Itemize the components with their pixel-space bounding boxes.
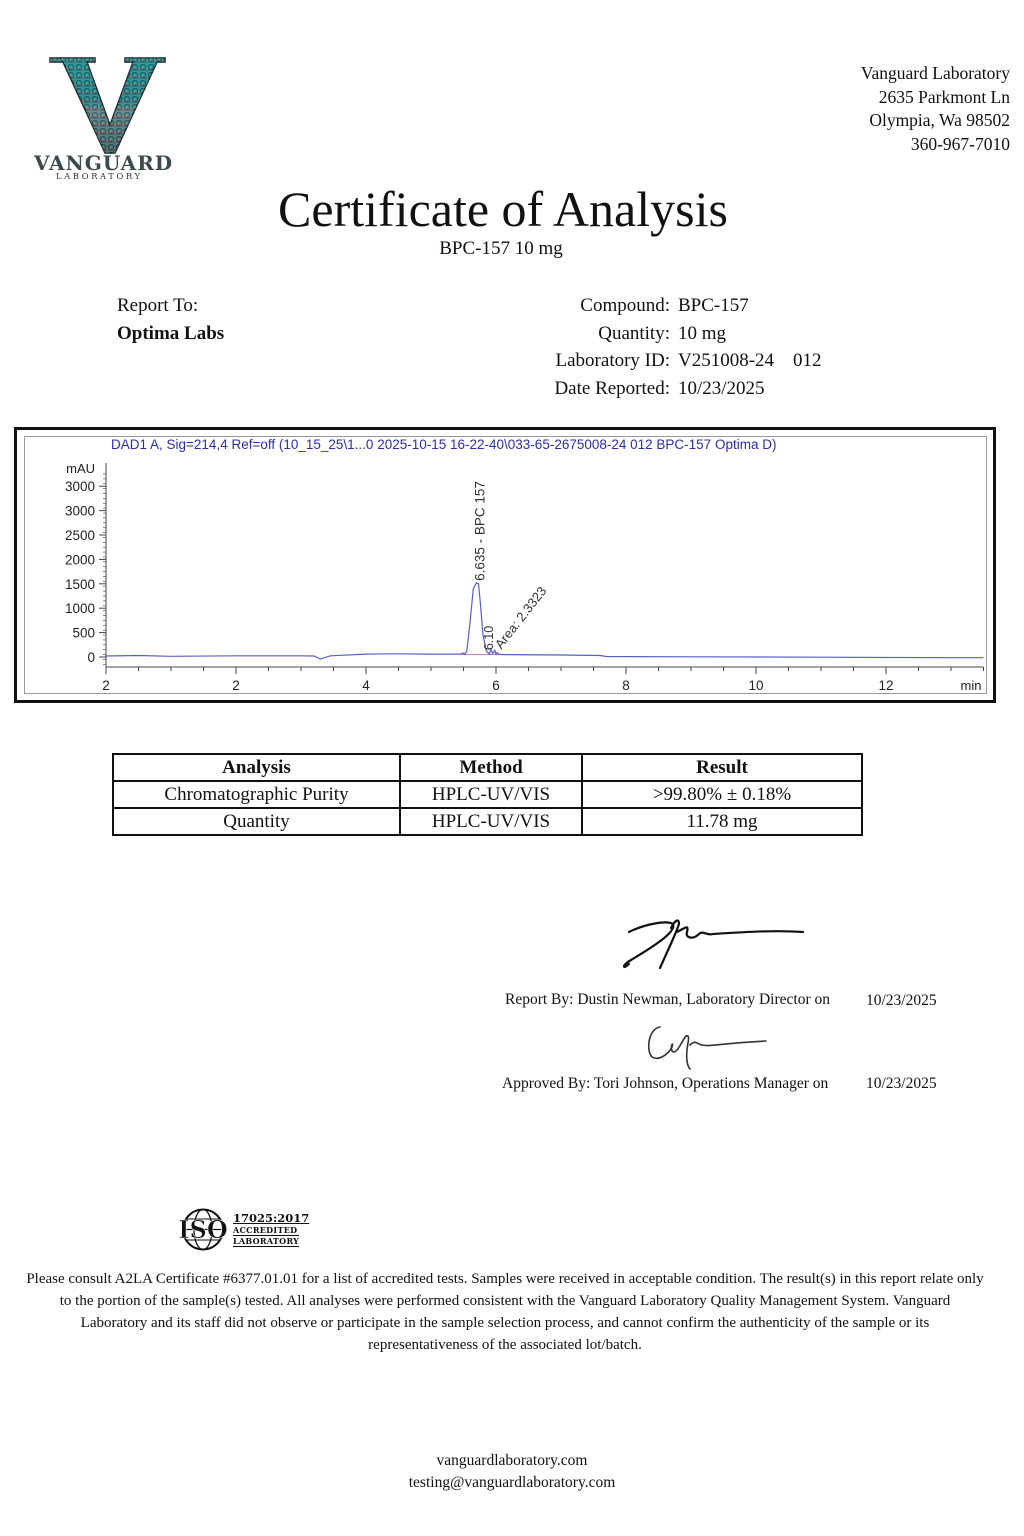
iso-line1: ACCREDITED [233,1225,299,1236]
iso-line2: LABORATORY [233,1236,299,1247]
svg-text:8: 8 [622,678,630,693]
signature-dustin-newman [615,910,815,980]
table-row: Quantity HPLC-UV/VIS 11.78 mg [113,808,862,835]
footer-email-link[interactable]: testing@vanguardlaboratory.com [0,1472,1024,1494]
iso-text: ISO [178,1215,227,1244]
approved-by-text: Approved By: Tori Johnson, Operations Ma… [502,1075,828,1093]
approved-by-date: 10/23/2025 [866,1075,937,1093]
cell-analysis: Quantity [113,808,400,835]
signature-tori-johnson [640,1015,780,1075]
svg-text:3000: 3000 [65,504,95,519]
svg-text:2000: 2000 [65,552,95,567]
header-analysis: Analysis [113,754,400,781]
svg-text:mAU: mAU [66,461,95,476]
svg-text:Area: 2.3323: Area: 2.3323 [492,584,550,652]
svg-text:12: 12 [878,678,893,693]
svg-text:2: 2 [232,678,240,693]
table-row: Chromatographic Purity HPLC-UV/VIS >99.8… [113,781,862,808]
results-table: Analysis Method Result Chromatographic P… [112,753,863,836]
svg-text:6.10: 6.10 [482,626,496,650]
svg-text:3000: 3000 [65,479,95,494]
chromatogram-plot: 0500100015002000250030003000mAU224681012… [0,0,1024,720]
svg-text:min: min [961,678,982,693]
svg-text:2: 2 [102,678,110,693]
svg-text:4: 4 [362,678,370,693]
iso-globe-icon: ISO [175,1207,231,1252]
cell-method: HPLC-UV/VIS [400,781,582,808]
iso-accreditation-badge: ISO 17025:2017 ACCREDITED LABORATORY [175,1207,315,1252]
table-header-row: Analysis Method Result [113,754,862,781]
svg-text:0: 0 [87,650,95,665]
svg-text:10: 10 [748,678,763,693]
iso-standard: 17025:2017 [233,1211,309,1225]
cell-result: >99.80% ± 0.18% [582,781,862,808]
svg-text:500: 500 [72,626,95,641]
header-method: Method [400,754,582,781]
cell-method: HPLC-UV/VIS [400,808,582,835]
svg-text:6: 6 [492,678,500,693]
footer: vanguardlaboratory.com testing@vanguardl… [0,1450,1024,1494]
cell-result: 11.78 mg [582,808,862,835]
header-result: Result [582,754,862,781]
svg-text:1000: 1000 [65,601,95,616]
svg-text:2500: 2500 [65,528,95,543]
chromatogram-title: DAD1 A, Sig=214,4 Ref=off (10_15_25\1...… [111,437,776,452]
cell-analysis: Chromatographic Purity [113,781,400,808]
iso-accredited-label: ACCREDITED LABORATORY [233,1225,299,1247]
report-by-date: 10/23/2025 [866,992,937,1010]
footer-website-link[interactable]: vanguardlaboratory.com [0,1450,1024,1472]
report-by-text: Report By: Dustin Newman, Laboratory Dir… [505,991,830,1009]
disclaimer-text: Please consult A2LA Certificate #6377.01… [26,1268,984,1356]
svg-text:6.635 - BPC 157: 6.635 - BPC 157 [472,481,487,581]
svg-text:1500: 1500 [65,577,95,592]
